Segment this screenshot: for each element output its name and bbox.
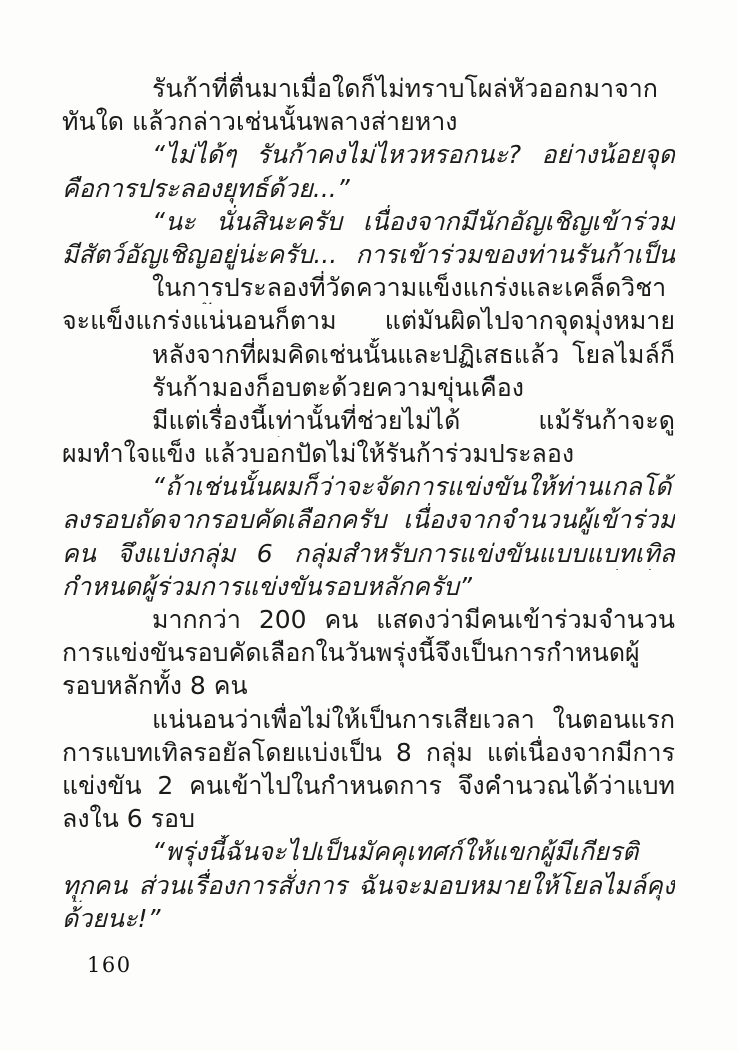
text-line: “นะ นั่นสินะครับ เนื่องจากมีนักอัญเชิญเข… <box>62 205 675 238</box>
paragraph-dialogue: “นะ นั่นสินะครับ เนื่องจากมีนักอัญเชิญเข… <box>62 205 675 271</box>
text-line: คน จึงแบ่งกลุ่ม 6 กลุ่มสำหรับการแข่งขันแ… <box>62 537 675 570</box>
paragraph-narration: แน่นอนว่าเพื่อไม่ให้เป็นการเสียเวลา ในตอ… <box>62 703 675 836</box>
text-line: การแบทเทิลรอยัลโดยแบ่งเป็น 8 กลุ่ม แต่เน… <box>62 736 675 769</box>
paragraph-dialogue: “ถ้าเช่นนั้นผมก็ว่าจะจัดการแข่งขันให้ท่า… <box>62 470 675 603</box>
paragraph-dialogue: “ไม่ได้ๆ รันก้าคงไม่ไหวหรอกนะ? อย่างน้อย… <box>62 138 675 204</box>
text-line: หลังจากที่ผมคิดเช่นนั้นและปฏิเสธแล้ว โยล… <box>62 338 675 371</box>
text-line: จะแข็งแกร่งแน่นอนก็ตาม แต่มันผิดไปจากจุด… <box>62 304 675 337</box>
text-line: ทุกคน ส่วนเรื่องการสั่งการ ฉันจะมอบหมายใ… <box>62 869 675 902</box>
page-number: 160 <box>87 953 132 977</box>
text-line: มากกว่า 200 คน แสดงว่ามีคนเข้าร่วมจำนวนม… <box>62 603 675 636</box>
text-line: มีสัตว์อัญเชิญอยู่น่ะครับ... การเข้าร่วม… <box>62 238 675 271</box>
text-line: มีแต่เรื่องนี้เท่านั้นที่ช่วยไม่ได้ แม้ร… <box>62 404 675 437</box>
page-text-block: รันก้าที่ตื่นมาเมื่อใดก็ไม่ทราบโผล่หัวออ… <box>62 72 675 935</box>
text-line: รันก้ามองก็อบตะด้วยความขุ่นเคือง <box>62 371 675 404</box>
text-line: แน่นอนว่าเพื่อไม่ให้เป็นการเสียเวลา ในตอ… <box>62 703 675 736</box>
text-line: รอบหลักทั้ง 8 คน <box>62 669 675 702</box>
paragraph-narration: มากกว่า 200 คน แสดงว่ามีคนเข้าร่วมจำนวนม… <box>62 603 675 703</box>
paragraph-narration: มีแต่เรื่องนี้เท่านั้นที่ช่วยไม่ได้ แม้ร… <box>62 404 675 470</box>
text-line: กำหนดผู้ร่วมการแข่งขันรอบหลักครับ” <box>62 570 675 603</box>
paragraph-narration: รันก้ามองก็อบตะด้วยความขุ่นเคือง <box>62 371 675 404</box>
text-line: ลงรอบถัดจากรอบคัดเลือกครับ เนื่องจากจำนว… <box>62 503 675 536</box>
paragraph-narration: ในการประลองที่วัดความแข็งแกร่งและเคล็ดวิ… <box>62 271 675 337</box>
book-page: รันก้าที่ตื่นมาเมื่อใดก็ไม่ทราบโผล่หัวออ… <box>0 0 738 1051</box>
paragraph-narration: รันก้าที่ตื่นมาเมื่อใดก็ไม่ทราบโผล่หัวออ… <box>62 72 675 138</box>
paragraph-narration: หลังจากที่ผมคิดเช่นนั้นและปฏิเสธแล้ว โยล… <box>62 338 675 371</box>
text-line: “ถ้าเช่นนั้นผมก็ว่าจะจัดการแข่งขันให้ท่า… <box>62 470 675 503</box>
text-line: ด้วยนะ!” <box>62 902 675 935</box>
text-line: ลงใน 6 รอบ <box>62 802 675 835</box>
text-line: แข่งขัน 2 คนเข้าไปในกำหนดการ จึงคำนวณได้… <box>62 769 675 802</box>
text-line: รันก้าที่ตื่นมาเมื่อใดก็ไม่ทราบโผล่หัวออ… <box>62 72 675 105</box>
text-line: ผมทำใจแข็ง แล้วบอกปัดไม่ให้รันก้าร่วมประ… <box>62 437 675 470</box>
text-line: ในการประลองที่วัดความแข็งแกร่งและเคล็ดวิ… <box>62 271 675 304</box>
text-line: “พรุ่งนี้ฉันจะไปเป็นมัคคุเทศก์ให้แขกผู้ม… <box>62 835 675 868</box>
text-line: “ไม่ได้ๆ รันก้าคงไม่ไหวหรอกนะ? อย่างน้อย… <box>62 138 675 171</box>
paragraph-dialogue: “พรุ่งนี้ฉันจะไปเป็นมัคคุเทศก์ให้แขกผู้ม… <box>62 835 675 935</box>
text-line: การแข่งขันรอบคัดเลือกในวันพรุ่งนี้จึงเป็… <box>62 636 675 669</box>
text-line: คือการประลองยุทธ์ด้วย...” <box>62 172 675 205</box>
text-line: ทันใด แล้วกล่าวเช่นนั้นพลางส่ายหาง <box>62 105 675 138</box>
